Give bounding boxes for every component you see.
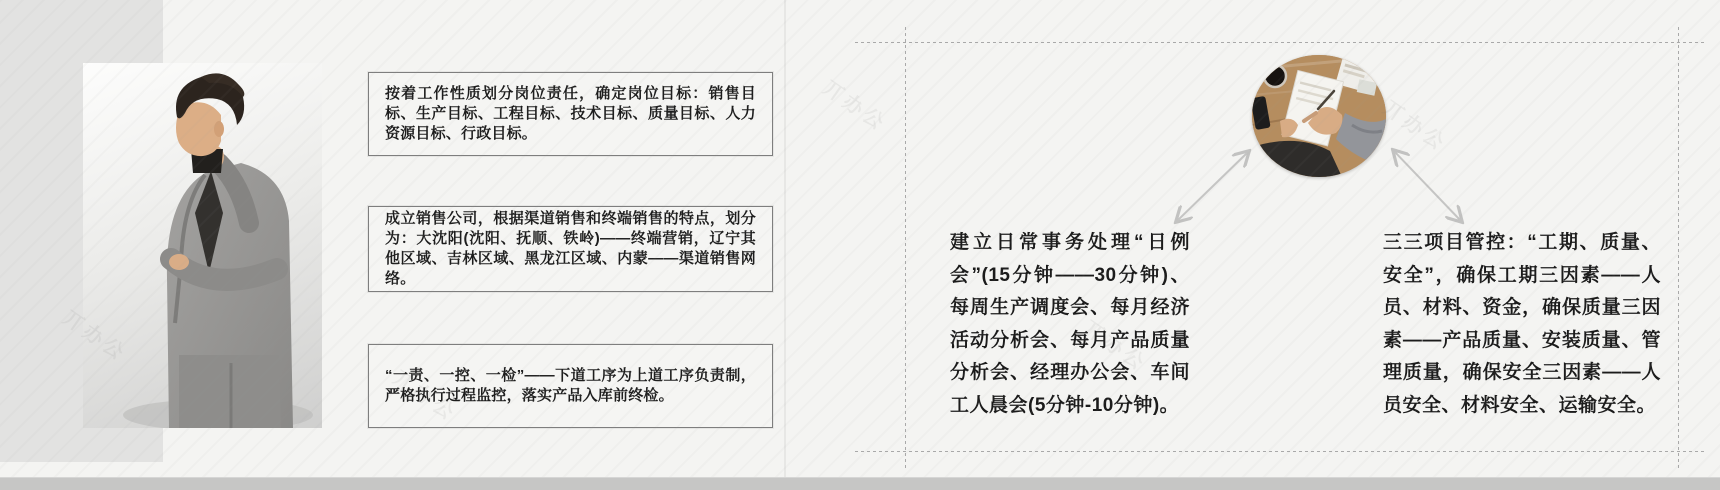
lefttext-box-3: “一责、一控、一检”——下道工序为上道工序负责制，严格执行过程监控，落实产品入库… [368, 344, 773, 428]
person-photo [83, 63, 322, 428]
placeholder-guide-right [1678, 26, 1679, 468]
right-arrow [1394, 151, 1461, 221]
person-photo-illustration [83, 63, 322, 428]
placeholder-guide-bottom [855, 451, 1705, 452]
placeholder-guide-left [905, 26, 906, 468]
placeholder-guide-top [855, 42, 1705, 43]
lefttext-box-2-text: 成立销售公司，根据渠道销售和终端销售的特点，划分为：大沈阳(沈阳、抚顺、铁岭)—… [385, 209, 756, 289]
meeting-paragraph: 建立日常事务处理“日例会”(15分钟——30分钟)、每周生产调度会、每月经济活动… [950, 227, 1190, 423]
lefttext-box-1-text: 按着工作性质划分岗位责任，确定岗位目标：销售目标、生产目标、工程目标、技术目标、… [385, 84, 756, 144]
left-arrow [1177, 152, 1248, 221]
project-control-paragraph: 三三项目管控：“工期、质量、安全”，确保工期三因素——人员、材料、资金，确保质量… [1383, 227, 1661, 423]
lefttext-box-2: 成立销售公司，根据渠道销售和终端销售的特点，划分为：大沈阳(沈阳、抚顺、铁岭)—… [368, 206, 773, 292]
bottom-edge-bar [0, 477, 1720, 490]
lefttext-box-3-text: “一责、一控、一检”——下道工序为上道工序负责制，严格执行过程监控，落实产品入库… [385, 366, 756, 406]
watermark-mark: 丌办公 [818, 72, 894, 137]
watermark-mark: 丌办公 [1378, 92, 1454, 157]
desk-photo-illustration [1252, 55, 1386, 177]
slide-divider [784, 0, 786, 477]
lefttext-box-1: 按着工作性质划分岗位责任，确定岗位目标：销售目标、生产目标、工程目标、技术目标、… [368, 72, 773, 156]
desk-photo [1252, 55, 1386, 177]
slide-spread-canvas: 按着工作性质划分岗位责任，确定岗位目标：销售目标、生产目标、工程目标、技术目标、… [0, 0, 1720, 490]
